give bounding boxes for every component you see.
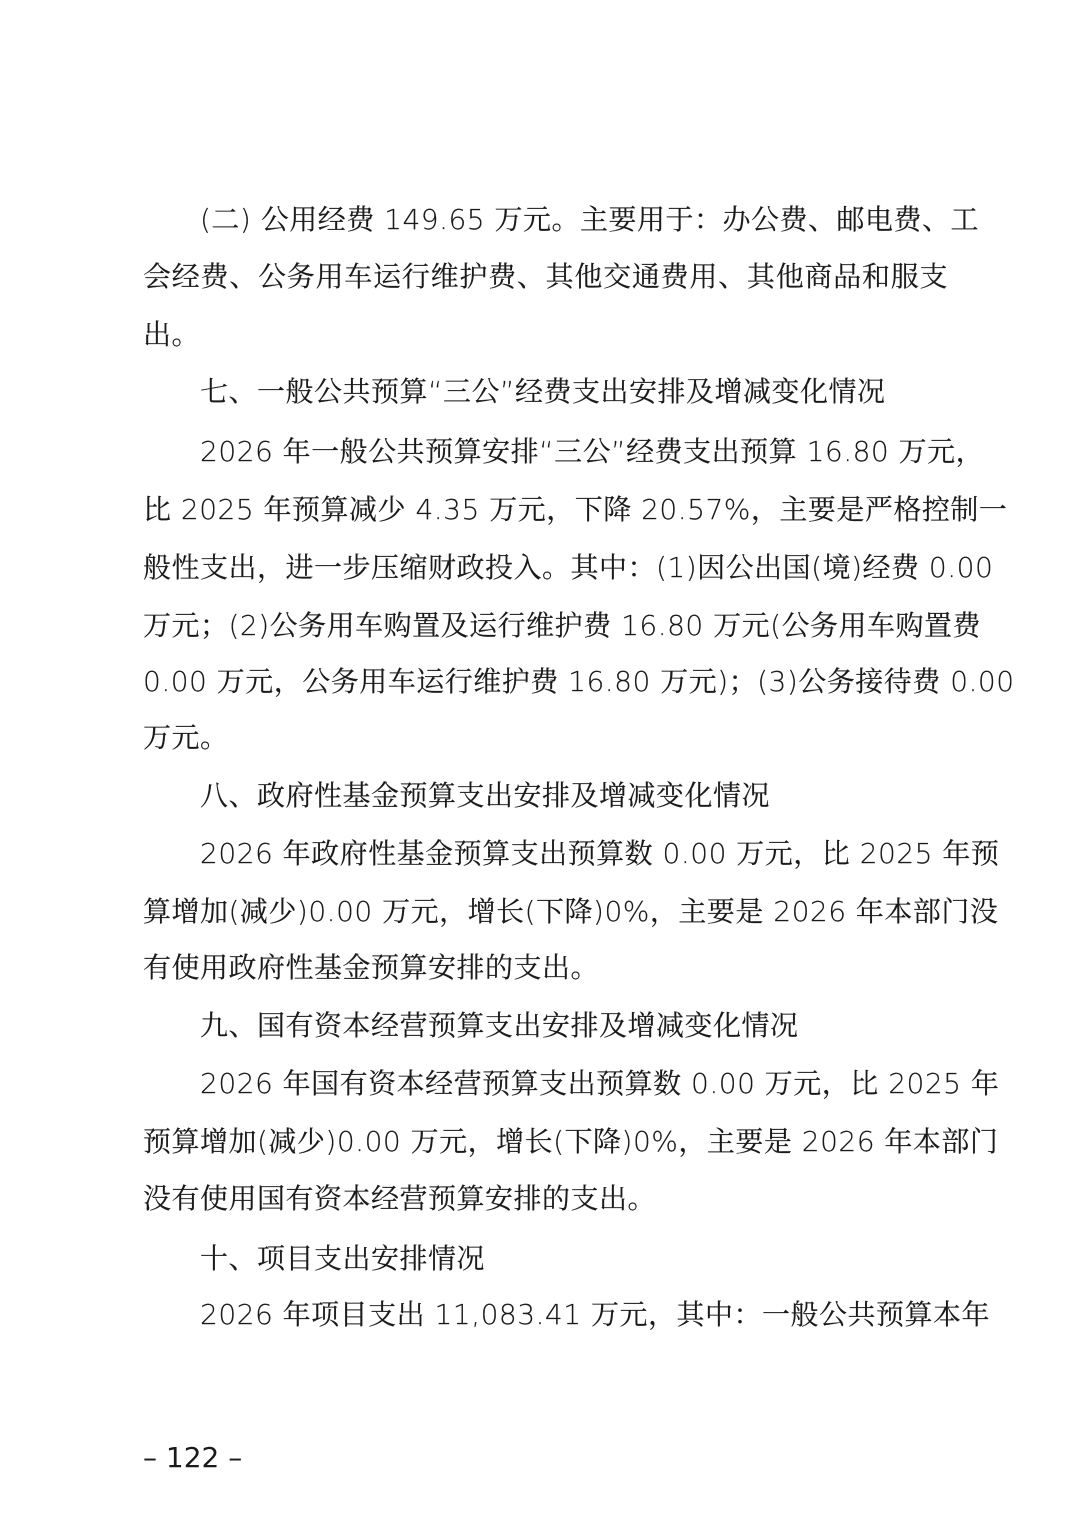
section-heading-nine: 九、国有资本经营预算支出安排及增减变化情况 <box>200 1006 948 1046</box>
page-number: – 122 – <box>143 1438 242 1478</box>
paragraph-three-public-line-2: 比 2025 年预算减少 4.35 万元，下降 20.57%，主要是严格控制一 <box>143 490 948 530</box>
paragraph-gov-fund-line-1: 2026 年政府性基金预算支出预算数 0.00 万元，比 2025 年预 <box>200 834 948 874</box>
paragraph-public-funds-line-2: 会经费、公务用车运行维护费、其他交通费用、其他商品和服支 <box>143 257 948 297</box>
paragraph-project-expenditure-line-1: 2026 年项目支出 11,083.41 万元，其中：一般公共预算本年 <box>200 1295 948 1335</box>
paragraph-three-public-line-4: 万元；(2)公务用车购置及运行维护费 16.80 万元(公务用车购置费 <box>143 606 948 646</box>
paragraph-state-capital-line-3: 没有使用国有资本经营预算安排的支出。 <box>143 1179 948 1219</box>
paragraph-public-funds-line-1: (二) 公用经费 149.65 万元。主要用于：办公费、邮电费、工 <box>200 200 948 240</box>
paragraph-three-public-line-6: 万元。 <box>143 718 948 758</box>
section-heading-ten: 十、项目支出安排情况 <box>200 1239 948 1279</box>
paragraph-state-capital-line-1: 2026 年国有资本经营预算支出预算数 0.00 万元，比 2025 年 <box>200 1064 948 1104</box>
section-heading-seven: 七、一般公共预算“三公”经费支出安排及增减变化情况 <box>200 372 948 412</box>
section-heading-eight: 八、政府性基金预算支出安排及增减变化情况 <box>200 776 948 816</box>
paragraph-public-funds-line-3: 出。 <box>143 315 948 355</box>
document-page: (二) 公用经费 149.65 万元。主要用于：办公费、邮电费、工 会经费、公务… <box>0 0 1074 1520</box>
paragraph-three-public-line-1: 2026 年一般公共预算安排“三公”经费支出预算 16.80 万元， <box>200 432 948 472</box>
paragraph-gov-fund-line-3: 有使用政府性基金预算安排的支出。 <box>143 948 948 988</box>
paragraph-three-public-line-5: 0.00 万元，公务用车运行维护费 16.80 万元)；(3)公务接待费 0.0… <box>143 662 948 702</box>
paragraph-gov-fund-line-2: 算增加(减少)0.00 万元，增长(下降)0%，主要是 2026 年本部门没 <box>143 892 948 932</box>
paragraph-state-capital-line-2: 预算增加(减少)0.00 万元，增长(下降)0%，主要是 2026 年本部门 <box>143 1122 948 1162</box>
paragraph-three-public-line-3: 般性支出，进一步压缩财政投入。其中：(1)因公出国(境)经费 0.00 <box>143 548 948 588</box>
